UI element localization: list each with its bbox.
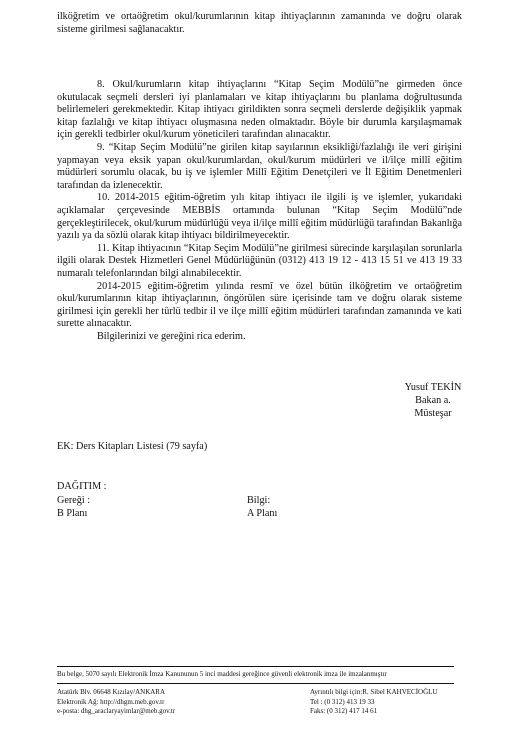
footer-email: e-posta: dhg_araclaryayimlar@meb.gov.tr xyxy=(57,707,175,717)
signatory-title: Bakan a. xyxy=(388,394,478,407)
continuation-block: ilköğretim ve ortaöğretim okul/kurumları… xyxy=(57,11,462,36)
action-value: B Planı xyxy=(57,507,247,521)
annex-line: EK: Ders Kitapları Listesi (79 sayfa) xyxy=(57,441,207,452)
action-label: Gereği : xyxy=(57,494,247,508)
footer-divider-top xyxy=(57,666,454,667)
footer-web: Elektronik Ağ: http://dhgm.meb.gov.tr xyxy=(57,698,175,708)
paragraph-8: 8. Okul/kurumların kitap ihtiyaçlarını “… xyxy=(57,79,462,142)
continuation-text: ilköğretim ve ortaöğretim okul/kurumları… xyxy=(57,11,462,36)
paragraph-11: 11. Kitap ihtiyacının “Kitap Seçim Modül… xyxy=(57,243,462,281)
footer-contact-block: Ayrıntılı bilgi için:R. Sibel KAHVECİOĞL… xyxy=(310,688,438,717)
signature-block: Yusuf TEKİN Bakan a. Müsteşar xyxy=(388,381,478,420)
paragraph-closing: 2014-2015 eğitim-öğretim yılında resmî v… xyxy=(57,281,462,331)
footer-address: Atatürk Blv. 06648 Kızılay/ANKARA xyxy=(57,688,175,698)
numbered-paragraphs: 8. Okul/kurumların kitap ihtiyaçlarını “… xyxy=(57,79,462,343)
paragraph-request: Bilgilerinizi ve gereğini rica ederim. xyxy=(57,331,462,344)
footer-tel: Tel : (0 312) 413 19 33 xyxy=(310,698,438,708)
info-value: A Planı xyxy=(247,507,277,521)
info-label: Bilgi: xyxy=(247,494,270,508)
paragraph-9: 9. “Kitap Seçim Modülü”ne girilen kitap … xyxy=(57,142,462,192)
signatory-name: Yusuf TEKİN xyxy=(388,381,478,394)
document-page: ilköğretim ve ortaöğretim okul/kurumları… xyxy=(0,0,524,741)
footer-address-block: Atatürk Blv. 06648 Kızılay/ANKARA Elektr… xyxy=(57,688,175,717)
distribution-heading: DAĞITIM : xyxy=(57,480,457,494)
signatory-role: Müsteşar xyxy=(388,407,478,420)
footer-fax: Faks: (0 312) 417 14 61 xyxy=(310,707,438,717)
paragraph-10: 10. 2014-2015 eğitim-öğretim yılı kitap … xyxy=(57,192,462,242)
esign-notice: Bu belge, 5070 sayılı Elektronik İmza Ka… xyxy=(57,670,387,678)
distribution-block: DAĞITIM : Gereği : Bilgi: B Planı A Plan… xyxy=(57,480,457,521)
footer-divider-bottom xyxy=(57,683,454,684)
footer-contact: Ayrıntılı bilgi için:R. Sibel KAHVECİOĞL… xyxy=(310,688,438,698)
